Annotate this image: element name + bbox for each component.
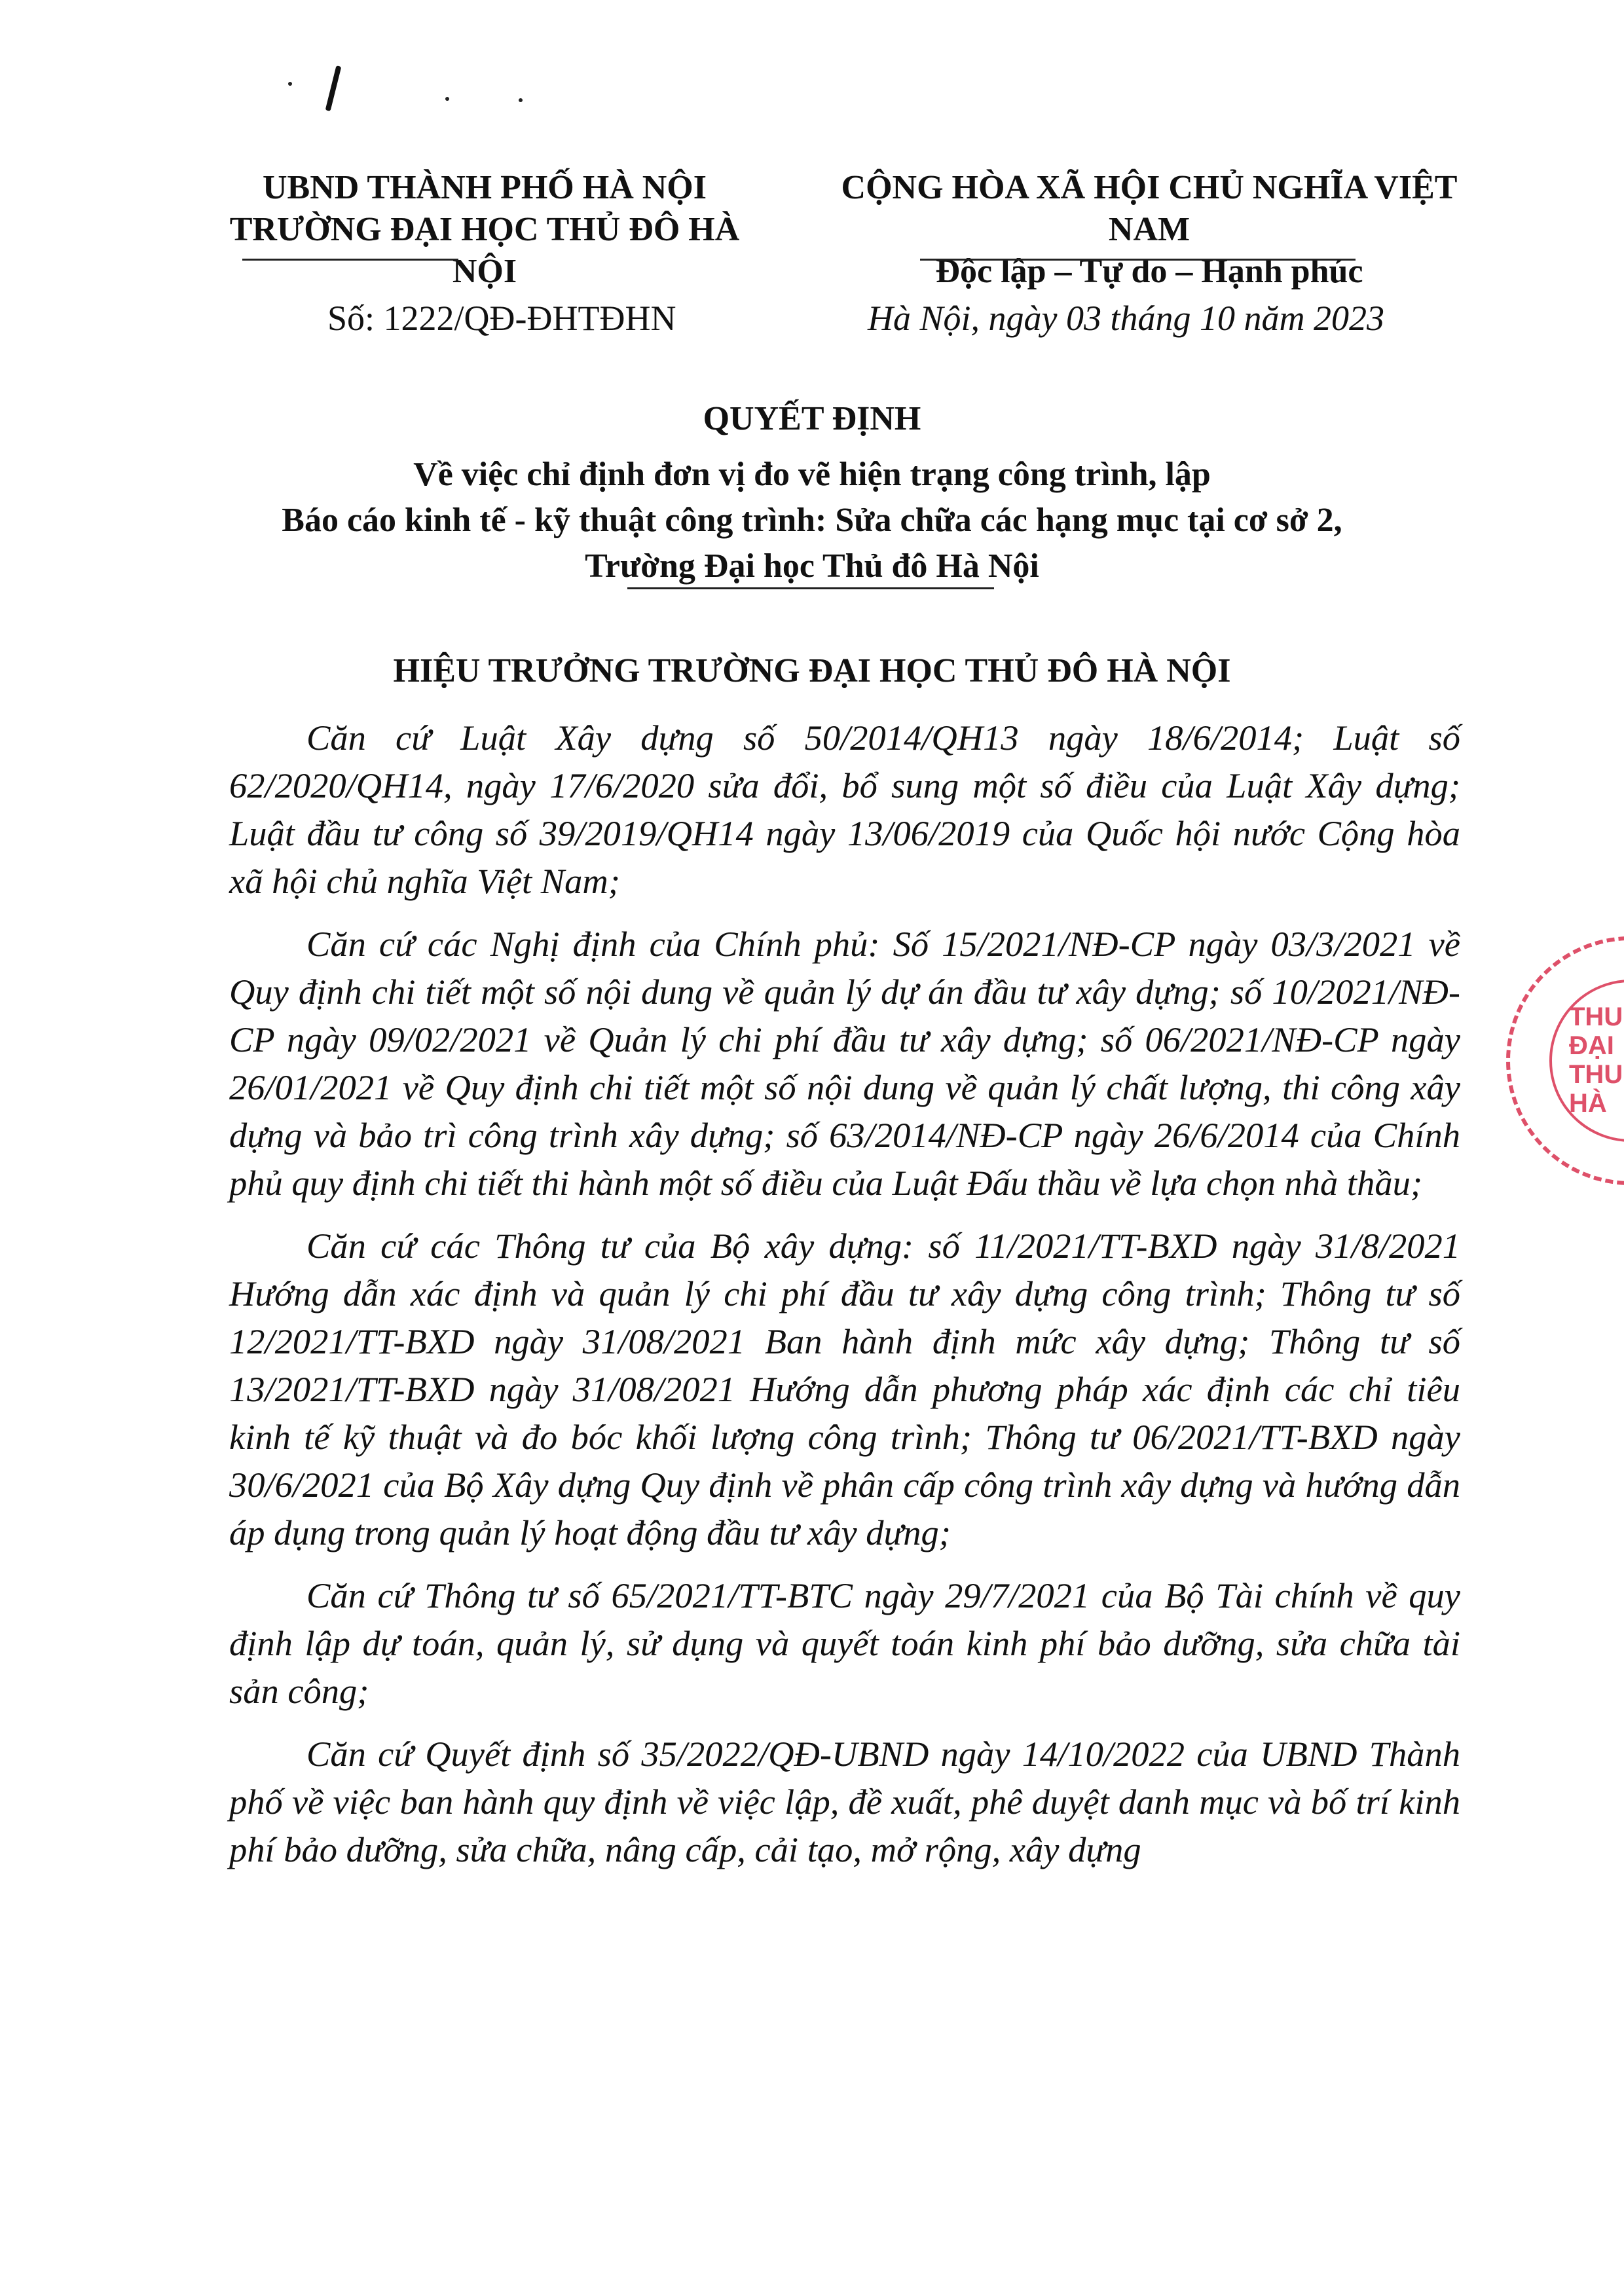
legal-basis-paragraph: Căn cứ Luật Xây dựng số 50/2014/QH13 ngà… [229, 714, 1460, 905]
issuing-authority-underline [242, 259, 458, 261]
official-seal-stamp: THU ĐẠI THU HÀ [1506, 936, 1624, 1185]
subject-underline [627, 587, 994, 589]
national-motto: CỘNG HÒA XÃ HỘI CHỦ NGHĨA VIỆT NAM Độc l… [809, 167, 1490, 293]
legal-basis-paragraph: Căn cứ các Nghị định của Chính phủ: Số 1… [229, 920, 1460, 1207]
stamp-text-line: THU [1569, 1060, 1623, 1089]
decision-subject-line3: Trường Đại học Thủ đô Hà Nội [0, 543, 1624, 589]
signing-authority: HIỆU TRƯỞNG TRƯỜNG ĐẠI HỌC THỦ ĐÔ HÀ NỘI [0, 652, 1624, 690]
document-date: Hà Nội, ngày 03 tháng 10 năm 2023 [868, 298, 1384, 339]
decision-subject-line2: Báo cáo kinh tế - kỹ thuật công trình: S… [0, 498, 1624, 543]
national-motto-underline [920, 259, 1356, 261]
stamp-text: THU ĐẠI THU HÀ [1569, 1002, 1623, 1118]
decision-title: QUYẾT ĐỊNH [0, 399, 1624, 438]
scan-speck [519, 98, 523, 102]
legal-basis: Căn cứ Luật Xây dựng số 50/2014/QH13 ngà… [229, 714, 1460, 1888]
national-title: CỘNG HÒA XÃ HỘI CHỦ NGHĨA VIỆT NAM [809, 167, 1490, 251]
document-page: UBND THÀNH PHỐ HÀ NỘI TRƯỜNG ĐẠI HỌC THỦ… [0, 0, 1624, 2295]
national-motto-text: Độc lập – Tự do – Hạnh phúc [809, 251, 1490, 293]
issuing-authority-line2: TRƯỜNG ĐẠI HỌC THỦ ĐÔ HÀ NỘI [196, 209, 773, 293]
issuing-authority-line1: UBND THÀNH PHỐ HÀ NỘI [196, 167, 773, 209]
legal-basis-paragraph: Căn cứ Quyết định số 35/2022/QĐ-UBND ngà… [229, 1730, 1460, 1873]
stamp-text-line: HÀ [1569, 1089, 1623, 1118]
decision-subject: Về việc chỉ định đơn vị đo vẽ hiện trạng… [0, 452, 1624, 589]
document-number: Số: 1222/QĐ-ĐHTĐHN [327, 298, 676, 339]
stamp-text-line: THU [1569, 1002, 1623, 1031]
legal-basis-paragraph: Căn cứ Thông tư số 65/2021/TT-BTC ngày 2… [229, 1571, 1460, 1715]
scan-speck [445, 97, 449, 101]
issuing-authority: UBND THÀNH PHỐ HÀ NỘI TRƯỜNG ĐẠI HỌC THỦ… [196, 167, 773, 293]
scan-speck [288, 82, 292, 86]
scan-mark [325, 65, 342, 111]
stamp-text-line: ĐẠI [1569, 1031, 1623, 1060]
decision-subject-line1: Về việc chỉ định đơn vị đo vẽ hiện trạng… [0, 452, 1624, 498]
legal-basis-paragraph: Căn cứ các Thông tư của Bộ xây dựng: số … [229, 1222, 1460, 1556]
